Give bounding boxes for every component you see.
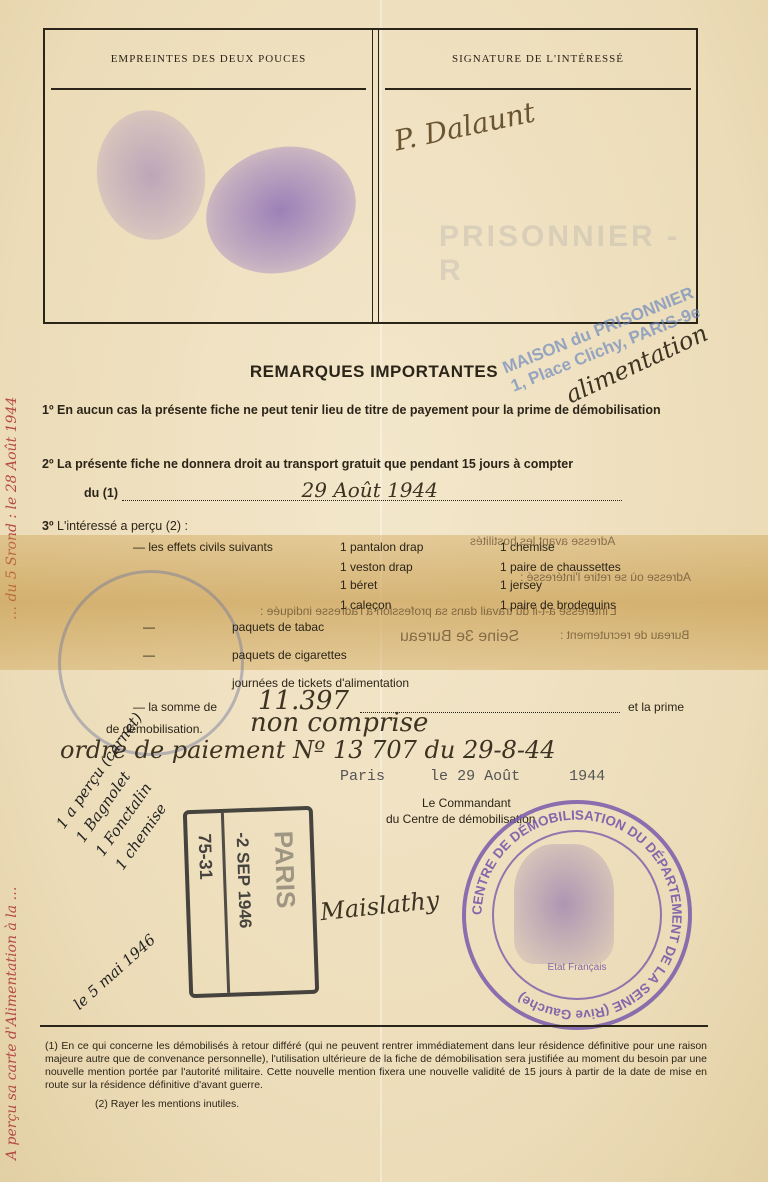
signature-column: SIGNATURE DE L'INTÉRESSÉ P. Dalaunt PRIS… — [378, 30, 697, 322]
svg-text:CENTRE DE DÉMOBILISATION DU DÉ: CENTRE DE DÉMOBILISATION DU DÉPARTEMENT … — [469, 807, 684, 1022]
le-label: le — [430, 768, 448, 785]
item-col1-1: 1 veston drap — [340, 560, 413, 574]
thumbprint-left — [88, 103, 213, 247]
date-stamp-right: PARIS — [268, 830, 302, 909]
fingerprint-signature-box: EMPREINTES DES DEUX POUCES SIGNATURE DE … — [43, 28, 698, 324]
holder-signature: P. Dalaunt — [391, 95, 538, 157]
footnotes: (1) En ce qui concerne les démobilisés à… — [45, 1040, 707, 1111]
thumbprint-right — [190, 128, 373, 293]
date-stamp-date: -2 SEP 1946 — [232, 832, 255, 929]
bleedthrough-text: Adresse avant les hostilités — [470, 534, 615, 548]
cigarettes-label: paquets de cigarettes — [232, 648, 347, 662]
thumbprints-header: EMPREINTES DES DEUX POUCES — [51, 30, 366, 90]
place-value: Paris — [340, 768, 385, 785]
year-value: 1944 — [569, 768, 605, 785]
prime-label: et la prime — [628, 700, 684, 714]
place-date-line: Paris le 29 Août 1944 — [340, 768, 605, 785]
item-col1-0: 1 pantalon drap — [340, 540, 423, 554]
date-stamp: 75-31 -2 SEP 1946 PARIS — [183, 806, 319, 998]
effets-label: — les effets civils suivants — [133, 540, 273, 554]
remark-3: 3º L'intéressé a perçu (2) : — [42, 516, 188, 536]
remark-text: L'intéressé a perçu (2) : — [57, 519, 188, 533]
remark-number: 1º — [42, 403, 54, 417]
du-date-value: 29 Août 1944 — [122, 480, 622, 501]
remark-1: 1º En aucun cas la présente fiche ne peu… — [42, 400, 702, 420]
bleedthrough-text: Bureau de recrutement : — [560, 628, 689, 642]
bleedthrough-text: L'intéressé a-t-il du travail dans sa pr… — [260, 604, 617, 618]
prime-handwritten: non comprise — [250, 708, 428, 738]
remark-text: En aucun cas la présente fiche ne peut t… — [57, 403, 661, 417]
date-value: 29 Août — [457, 768, 520, 785]
tabac-dash: — — [143, 620, 155, 634]
margin-note-bottom: A perçu sa carte d'Alimentation à la … — [4, 600, 20, 1160]
document-page: … du 5 Srond : le 28 Août 1944 A perçu s… — [0, 0, 768, 1182]
item-col1-2: 1 béret — [340, 578, 377, 592]
bleedthrough-text: Adresse où se retire l'intéressé : — [520, 570, 691, 584]
remark-2-date-line: du (1) 29 Août 1944 — [84, 480, 622, 503]
remark-text: La présente fiche ne donnera droit au tr… — [57, 457, 573, 471]
page-title: REMARQUES IMPORTANTES — [0, 362, 748, 382]
demobilisation-center-stamp: Etat Français CENTRE DE DÉMOBILISATION D… — [462, 800, 692, 1030]
remark-2: 2º La présente fiche ne donnera droit au… — [42, 454, 702, 474]
remark-number: 3º — [42, 519, 54, 533]
footer-divider — [40, 1025, 708, 1027]
tabac-label: paquets de tabac — [232, 620, 324, 634]
handwritten-date-note: le 5 mai 1946 — [70, 931, 159, 1014]
footnote-1: (1) En ce qui concerne les démobilisés à… — [45, 1040, 707, 1092]
signature-header: SIGNATURE DE L'INTÉRESSÉ — [385, 30, 691, 90]
ghost-stamp: PRISONNIER - R — [439, 220, 697, 288]
remark-number: 2º — [42, 457, 54, 471]
thumbprints-column: EMPREINTES DES DEUX POUCES — [45, 30, 373, 322]
date-stamp-left: 75-31 — [194, 833, 217, 880]
du-label: du (1) — [84, 486, 118, 500]
stamp-rim-text: CENTRE DE DÉMOBILISATION DU DÉPARTEMENT … — [466, 804, 688, 1026]
cigarettes-dash: — — [143, 648, 155, 662]
bleedthrough-text: Seine 3e Bureau — [400, 628, 519, 646]
footnote-2: (2) Rayer les mentions inutiles. — [45, 1098, 707, 1111]
